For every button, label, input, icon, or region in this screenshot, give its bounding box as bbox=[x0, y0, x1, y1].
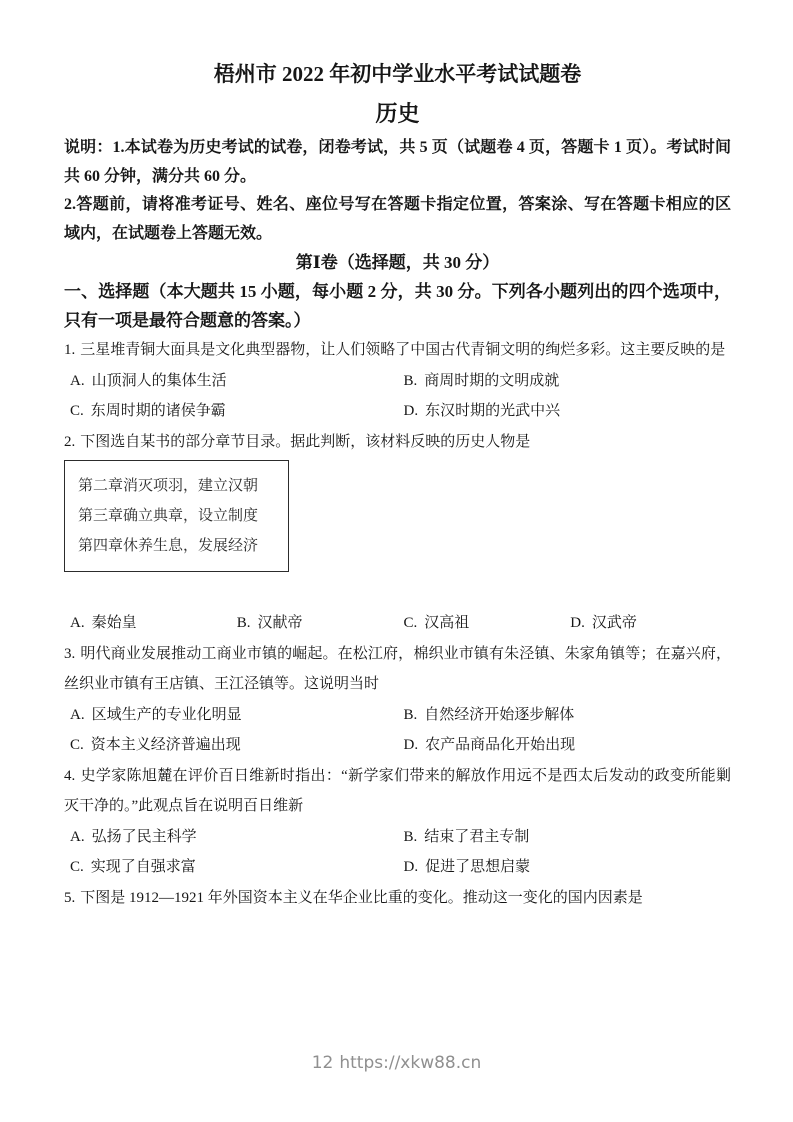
q3-option-a-text: 区域生产的专业化明显 bbox=[92, 707, 242, 723]
question-1-body: 三星堆青铜大面具是文化典型器物，让人们领略了中国古代青铜文明的绚烂多彩。这主要反… bbox=[80, 342, 725, 358]
q4-option-d-label: D. bbox=[404, 859, 426, 875]
instruction-paragraph-2: 2.答题前，请将准考证号、姓名、座位号写在答题卡指定位置，答案涂、写在答题卡相应… bbox=[64, 191, 731, 248]
question-1: 1.三星堆青铜大面具是文化典型器物，让人们领略了中国古代青铜文明的绚烂多彩。这主… bbox=[64, 335, 731, 427]
question-4-options-row-2: C.实现了自强求富 D.促进了思想启蒙 bbox=[64, 852, 731, 883]
question-3-number: 3. bbox=[64, 646, 80, 662]
question-2-body: 下图选自某书的部分章节目录。据此判断，该材料反映的历史人物是 bbox=[80, 434, 530, 450]
q3-option-b: B.自然经济开始逐步解体 bbox=[398, 700, 732, 731]
q4-option-c-label: C. bbox=[70, 859, 91, 875]
chapter-line-2: 第三章确立典章，设立制度 bbox=[78, 501, 288, 531]
q3-option-d-label: D. bbox=[404, 737, 426, 753]
q2-option-d: D.汉武帝 bbox=[564, 608, 731, 639]
q2-option-b: B.汉献帝 bbox=[231, 608, 398, 639]
q1-option-c: C.东周时期的诸侯争霸 bbox=[64, 396, 398, 427]
question-2-options-row: A.秦始皇 B.汉献帝 C.汉高祖 D.汉武帝 bbox=[64, 608, 731, 639]
q3-option-d-text: 农产品商品化开始出现 bbox=[425, 737, 575, 753]
q3-option-c-label: C. bbox=[70, 737, 91, 753]
q4-option-d: D.促进了思想启蒙 bbox=[398, 852, 732, 883]
q4-option-a: A.弘扬了民主科学 bbox=[64, 822, 398, 853]
q2-option-d-text: 汉武帝 bbox=[592, 615, 637, 631]
page-content: 梧州市 2022 年初中学业水平考试试题卷 历史 说明：1.本试卷为历史考试的试… bbox=[0, 0, 793, 913]
question-1-number: 1. bbox=[64, 342, 80, 358]
page-number: 12 bbox=[309, 1053, 337, 1073]
multiple-choice-intro: 一、选择题（本大题共 15 小题，每小题 2 分，共 30 分。下列各小题列出的… bbox=[64, 277, 731, 335]
question-4-number: 4. bbox=[64, 768, 80, 784]
question-4-text: 4.史学家陈旭麓在评价百日维新时指出：“新学家们带来的解放作用远不是西太后发动的… bbox=[64, 761, 731, 822]
q3-option-d: D.农产品商品化开始出现 bbox=[398, 730, 732, 761]
question-1-text: 1.三星堆青铜大面具是文化典型器物，让人们领略了中国古代青铜文明的绚烂多彩。这主… bbox=[64, 335, 731, 366]
q3-option-a: A.区域生产的专业化明显 bbox=[64, 700, 398, 731]
document-title: 梧州市 2022 年初中学业水平考试试题卷 bbox=[64, 60, 731, 88]
question-5-number: 5. bbox=[64, 890, 80, 906]
question-3-text: 3.明代商业发展推动工商业市镇的崛起。在松江府，棉织业市镇有朱泾镇、朱家角镇等；… bbox=[64, 639, 731, 700]
question-3-options-row-2: C.资本主义经济普遍出现 D.农产品商品化开始出现 bbox=[64, 730, 731, 761]
q1-option-a-text: 山顶洞人的集体生活 bbox=[92, 373, 227, 389]
question-1-options-row-1: A.山顶洞人的集体生活 B.商周时期的文明成就 bbox=[64, 366, 731, 397]
q1-option-d-label: D. bbox=[404, 403, 426, 419]
question-5-text: 5.下图是 1912—1921 年外国资本主义在华企业比重的变化。推动这一变化的… bbox=[64, 883, 731, 914]
q2-option-b-text: 汉献帝 bbox=[258, 615, 303, 631]
question-2: 2.下图选自某书的部分章节目录。据此判断，该材料反映的历史人物是 第二章消灭项羽… bbox=[64, 427, 731, 639]
q1-option-d: D.东汉时期的光武中兴 bbox=[398, 396, 732, 427]
question-3-body: 明代商业发展推动工商业市镇的崛起。在松江府，棉织业市镇有朱泾镇、朱家角镇等；在嘉… bbox=[64, 646, 731, 693]
q4-option-c-text: 实现了自强求富 bbox=[91, 859, 196, 875]
q4-option-b-label: B. bbox=[404, 829, 425, 845]
q4-option-a-label: A. bbox=[70, 829, 92, 845]
q4-option-d-text: 促进了思想启蒙 bbox=[425, 859, 530, 875]
q1-option-c-text: 东周时期的诸侯争霸 bbox=[91, 403, 226, 419]
q3-option-b-text: 自然经济开始逐步解体 bbox=[424, 707, 574, 723]
q1-option-a: A.山顶洞人的集体生活 bbox=[64, 366, 398, 397]
q1-option-b-label: B. bbox=[404, 373, 425, 389]
q2-option-d-label: D. bbox=[570, 615, 592, 631]
exam-instructions: 说明：1.本试卷为历史考试的试卷，闭卷考试，共 5 页（试题卷 4 页，答题卡 … bbox=[64, 134, 731, 248]
q2-option-a-text: 秦始皇 bbox=[92, 615, 137, 631]
q1-option-d-text: 东汉时期的光武中兴 bbox=[425, 403, 560, 419]
q2-option-c-text: 汉高祖 bbox=[424, 615, 469, 631]
exam-paper-page: 梧州市 2022 年初中学业水平考试试题卷 历史 说明：1.本试卷为历史考试的试… bbox=[0, 0, 793, 1122]
question-4-options-row-1: A.弘扬了民主科学 B.结束了君主专制 bbox=[64, 822, 731, 853]
q1-option-b-text: 商周时期的文明成就 bbox=[424, 373, 559, 389]
q2-option-c-label: C. bbox=[404, 615, 425, 631]
source-url: https://xkw88.cn bbox=[336, 1053, 484, 1073]
q4-option-b-text: 结束了君主专制 bbox=[424, 829, 529, 845]
q4-option-c: C.实现了自强求富 bbox=[64, 852, 398, 883]
q1-option-b: B.商周时期的文明成就 bbox=[398, 366, 732, 397]
q4-option-a-text: 弘扬了民主科学 bbox=[92, 829, 197, 845]
q3-option-a-label: A. bbox=[70, 707, 92, 723]
question-5-body: 下图是 1912—1921 年外国资本主义在华企业比重的变化。推动这一变化的国内… bbox=[80, 890, 643, 906]
question-2-text: 2.下图选自某书的部分章节目录。据此判断，该材料反映的历史人物是 bbox=[64, 427, 731, 458]
q2-option-a-label: A. bbox=[70, 615, 92, 631]
q2-option-b-label: B. bbox=[237, 615, 258, 631]
chapter-line-1: 第二章消灭项羽，建立汉朝 bbox=[78, 471, 288, 501]
q3-option-c: C.资本主义经济普遍出现 bbox=[64, 730, 398, 761]
question-2-number: 2. bbox=[64, 434, 80, 450]
q2-option-c: C.汉高祖 bbox=[398, 608, 565, 639]
chapter-catalog-box: 第二章消灭项羽，建立汉朝 第三章确立典章，设立制度 第四章休养生息，发展经济 bbox=[64, 460, 289, 572]
q1-option-c-label: C. bbox=[70, 403, 91, 419]
subject-title: 历史 bbox=[64, 100, 731, 128]
question-1-options-row-2: C.东周时期的诸侯争霸 D.东汉时期的光武中兴 bbox=[64, 396, 731, 427]
instruction-paragraph-1: 说明：1.本试卷为历史考试的试卷，闭卷考试，共 5 页（试题卷 4 页，答题卡 … bbox=[64, 134, 731, 191]
q4-option-b: B.结束了君主专制 bbox=[398, 822, 732, 853]
q3-option-c-text: 资本主义经济普遍出现 bbox=[91, 737, 241, 753]
q1-option-a-label: A. bbox=[70, 373, 92, 389]
q2-option-a: A.秦始皇 bbox=[64, 608, 231, 639]
question-4-body: 史学家陈旭麓在评价百日维新时指出：“新学家们带来的解放作用远不是西太后发动的政变… bbox=[64, 768, 731, 815]
question-3: 3.明代商业发展推动工商业市镇的崛起。在松江府，棉织业市镇有朱泾镇、朱家角镇等；… bbox=[64, 639, 731, 761]
question-4: 4.史学家陈旭麓在评价百日维新时指出：“新学家们带来的解放作用远不是西太后发动的… bbox=[64, 761, 731, 883]
chapter-line-3: 第四章休养生息，发展经济 bbox=[78, 531, 288, 561]
question-5: 5.下图是 1912—1921 年外国资本主义在华企业比重的变化。推动这一变化的… bbox=[64, 883, 731, 914]
question-3-options-row-1: A.区域生产的专业化明显 B.自然经济开始逐步解体 bbox=[64, 700, 731, 731]
q3-option-b-label: B. bbox=[404, 707, 425, 723]
page-footer: 12https://xkw88.cn bbox=[0, 1053, 793, 1073]
section-1-header: 第Ⅰ卷（选择题，共 30 分） bbox=[64, 248, 731, 277]
